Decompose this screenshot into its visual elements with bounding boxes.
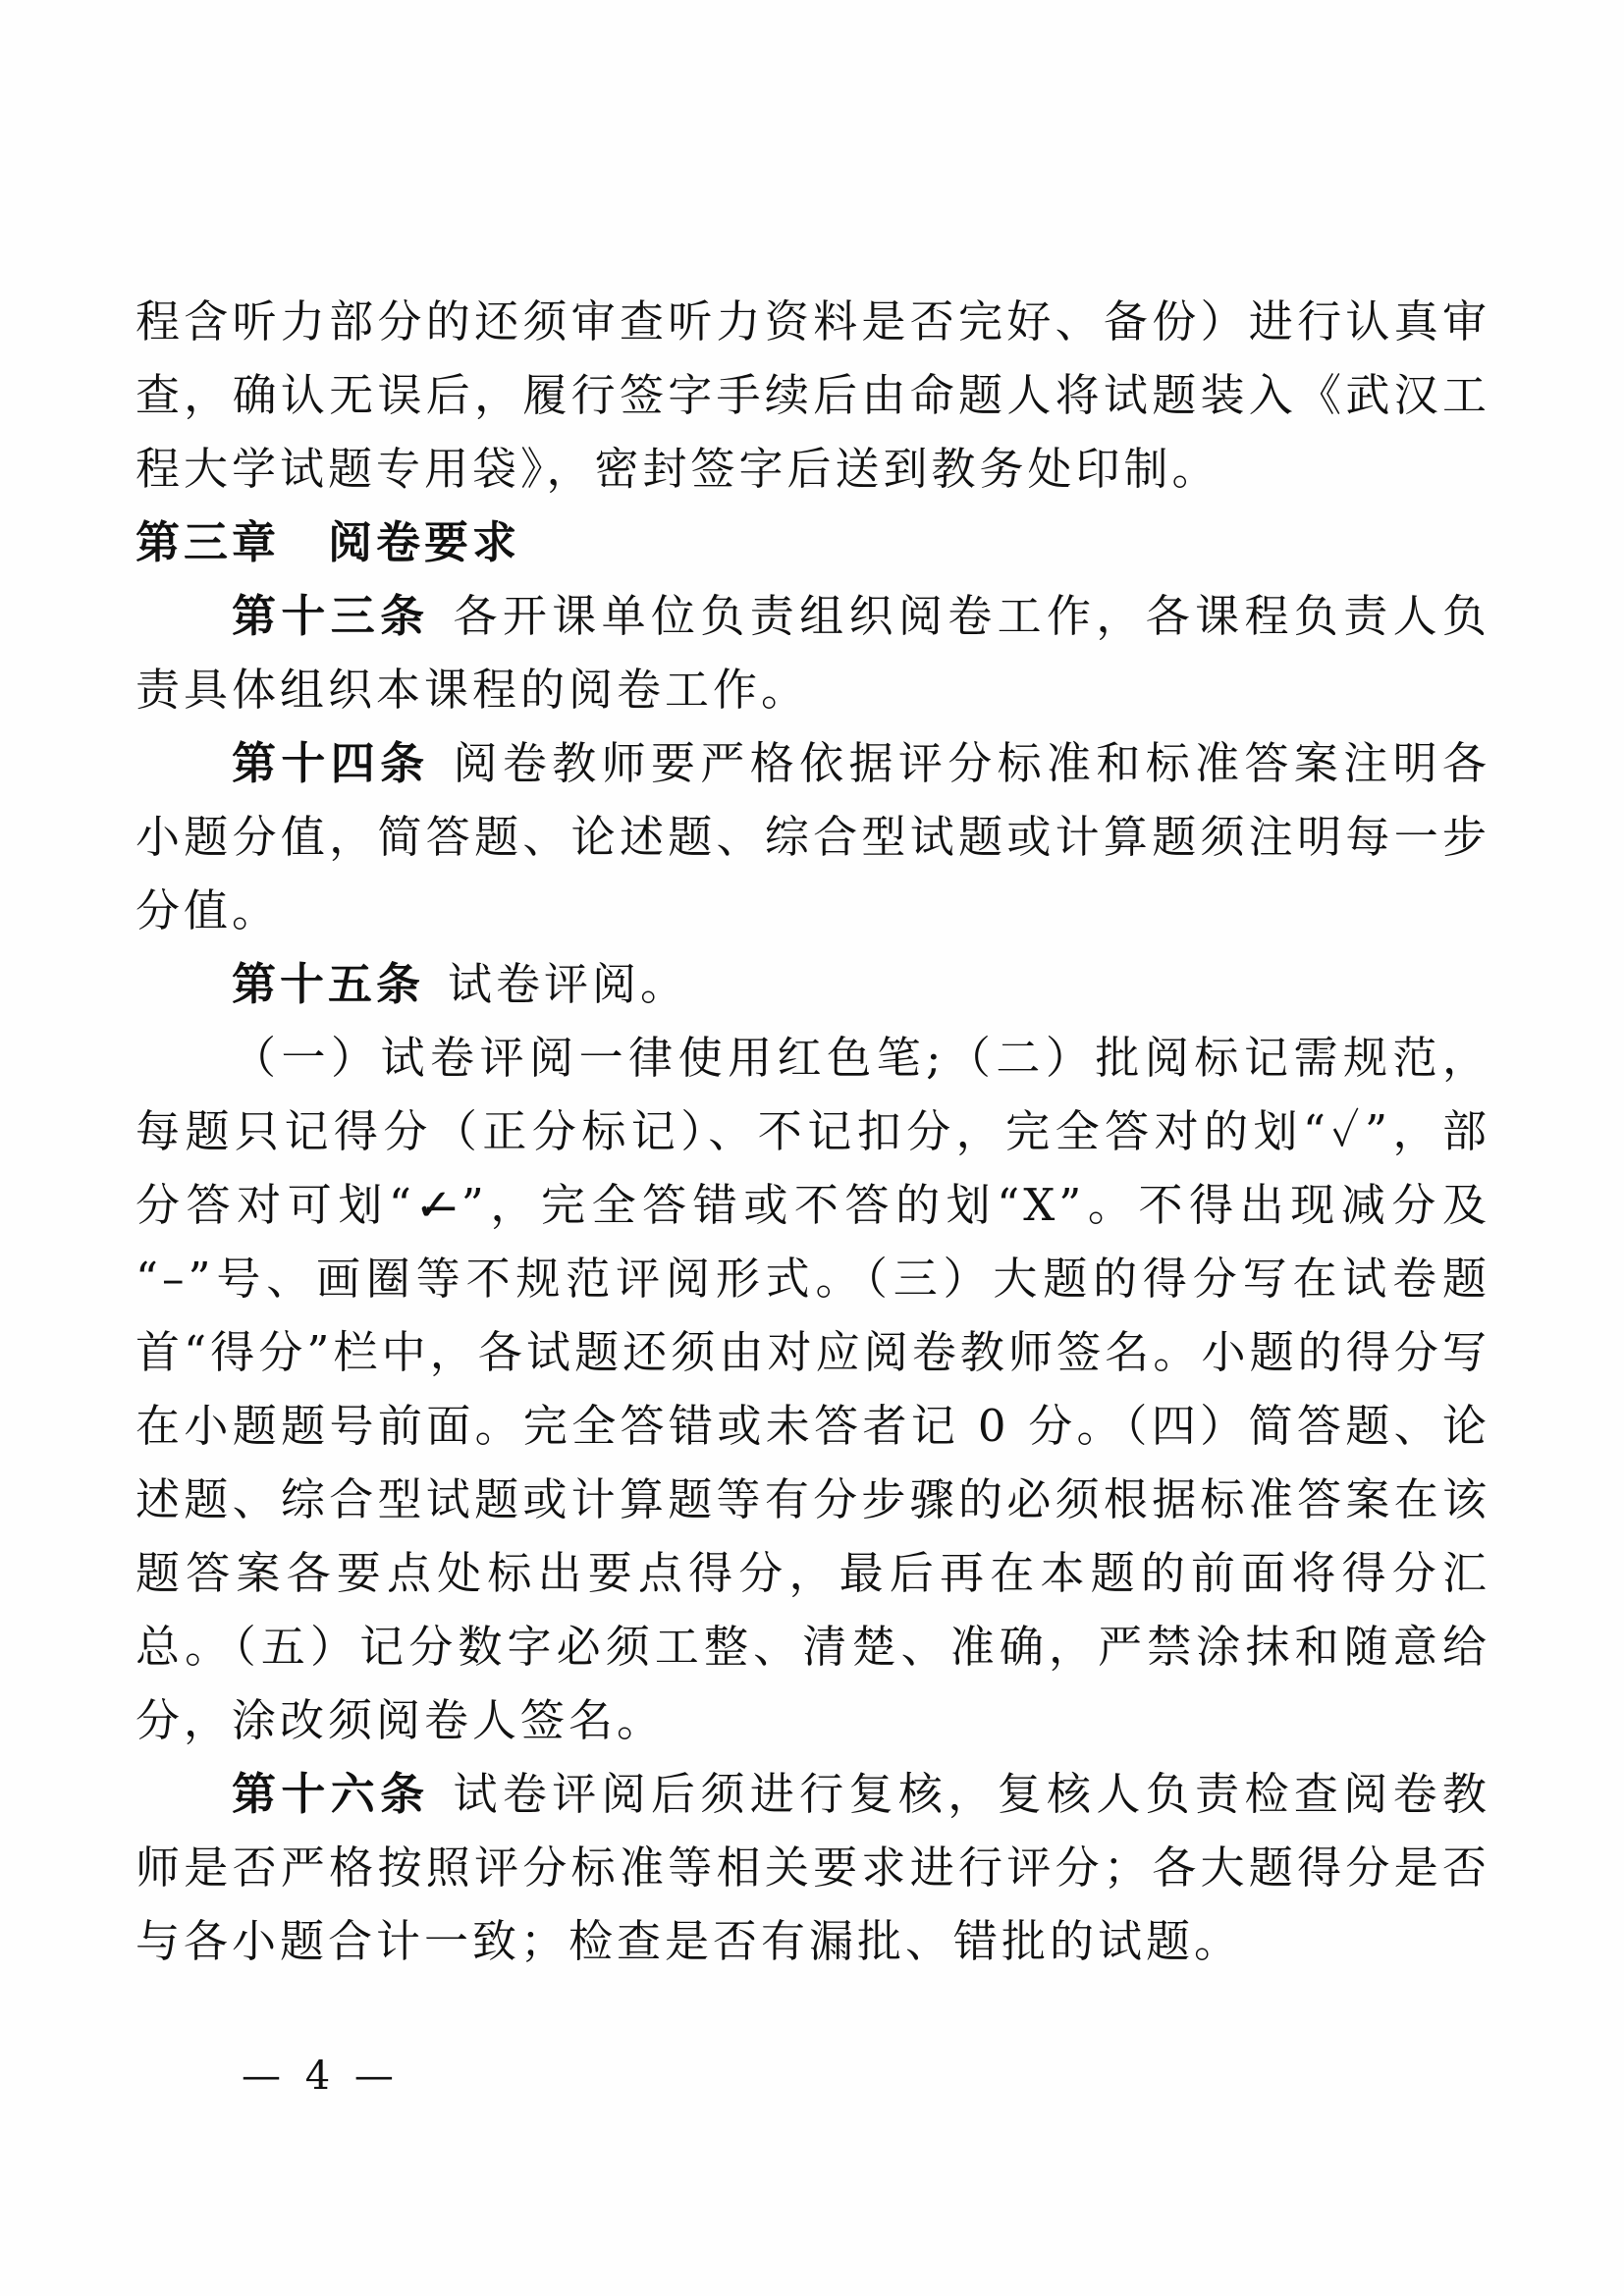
article-label-15: 第十五条	[232, 958, 424, 1010]
document-page: 程含听力部分的还须审查听力资料是否完好、备份）进行认真审查，确认无误后，履行签字…	[0, 0, 1624, 2296]
article-paragraph-16: 第十六条试卷评阅后须进行复核，复核人负责检查阅卷教师是否严格按照评分标准等相关要…	[135, 1757, 1490, 1978]
document-body: 程含听力部分的还须审查听力资料是否完好、备份）进行认真审查，确认无误后，履行签字…	[135, 285, 1490, 1978]
article-paragraph-13: 第十三条各开课单位负责组织阅卷工作，各课程负责人负责具体组织本课程的阅卷工作。	[135, 579, 1490, 726]
article-paragraph-15: 第十五条试卷评阅。	[135, 947, 1490, 1021]
grading-rules-paragraph: （一）试卷评阅一律使用红色笔;（二）批阅标记需规范，每题只记得分（正分标记）、不…	[135, 1021, 1490, 1757]
page-number: — 4 —	[242, 2054, 400, 2099]
article-paragraph-14: 第十四条阅卷教师要严格依据评分标准和标准答案注明各小题分值，简答题、论述题、综合…	[135, 726, 1490, 947]
intro-paragraph: 程含听力部分的还须审查听力资料是否完好、备份）进行认真审查，确认无误后，履行签字…	[135, 285, 1490, 506]
article-label-14: 第十四条	[232, 737, 430, 789]
chapter-heading: 第三章 阅卷要求	[135, 506, 1490, 579]
article-label-16: 第十六条	[232, 1768, 430, 1820]
article-label-13: 第十三条	[232, 590, 430, 642]
article-text-15: 试卷评阅。	[448, 958, 688, 1010]
